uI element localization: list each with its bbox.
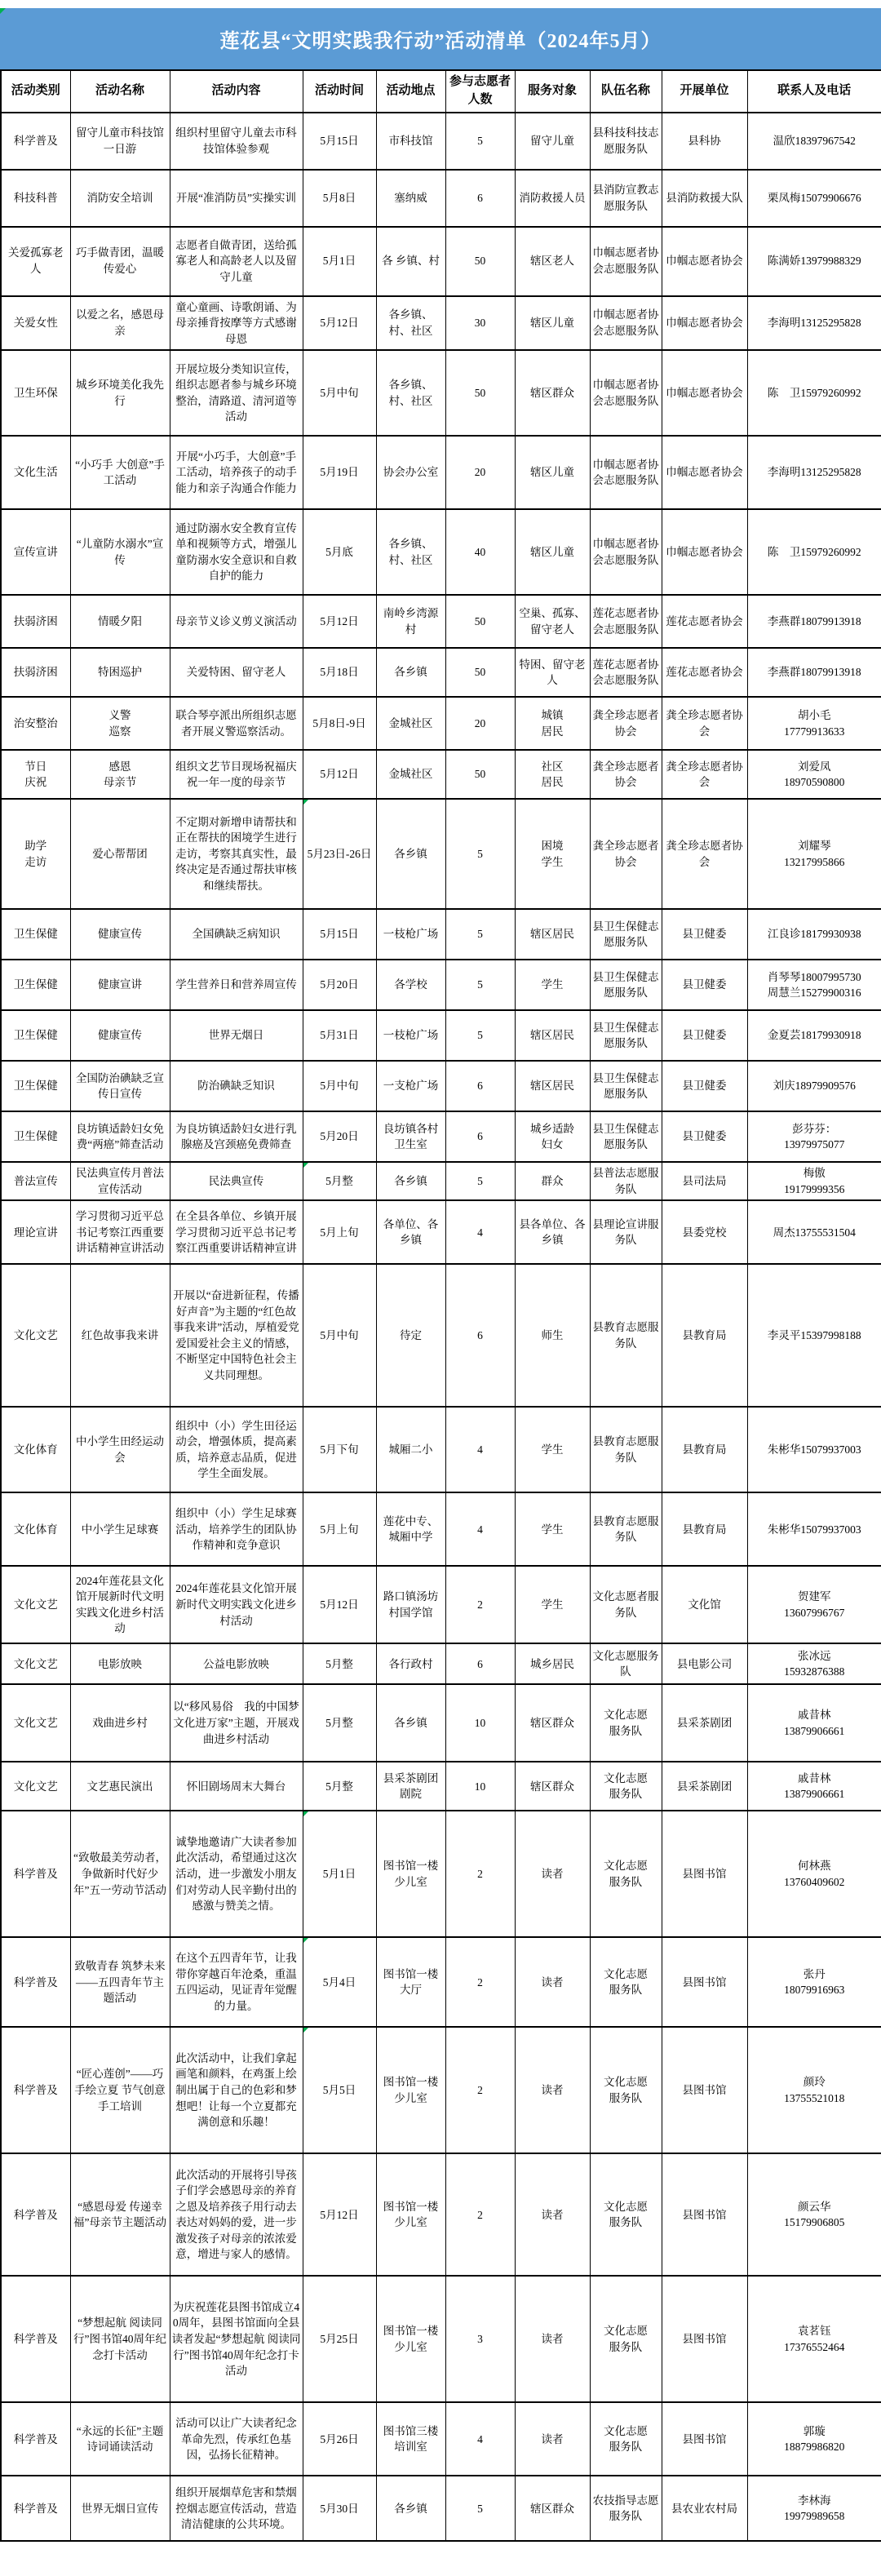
table-cell[interactable]: 组织文艺节目现场祝福庆祝一年一度的母亲节 <box>170 750 303 799</box>
table-cell[interactable]: 城厢二小 <box>376 1407 445 1492</box>
table-cell[interactable]: 朱彬华15079937003 <box>747 1492 881 1566</box>
table-cell[interactable]: 科学普及 <box>1 1811 70 1937</box>
table-cell[interactable]: 文化志愿者服务队 <box>590 1566 662 1643</box>
table-cell[interactable]: 文化馆 <box>662 1566 747 1643</box>
table-cell[interactable]: 5月12日 <box>303 595 376 648</box>
table-cell[interactable]: 文化志愿服务队 <box>590 1643 662 1684</box>
table-cell[interactable]: 卫生环保 <box>1 350 70 436</box>
table-cell[interactable]: 辖区群众 <box>515 1762 590 1811</box>
table-cell[interactable]: 世界无烟日宣传 <box>70 2476 170 2541</box>
table-cell[interactable]: 县理论宣讲服务队 <box>590 1200 662 1264</box>
table-cell[interactable]: 金城社区 <box>376 697 445 750</box>
table-cell[interactable]: 文化志愿 服务队 <box>590 1762 662 1811</box>
table-cell[interactable]: 5 <box>445 909 515 960</box>
table-cell[interactable]: 普法宣传 <box>1 1162 70 1200</box>
table-cell[interactable]: 此次活动的开展将引导孩子们学会感恩母亲的养育之恩及培养孩子用行动去表达对妈妈的爱… <box>170 2153 303 2276</box>
table-cell[interactable]: 助学 走访 <box>1 799 70 909</box>
table-cell[interactable]: 5月20日 <box>303 1111 376 1162</box>
table-cell[interactable]: 5 <box>445 1010 515 1061</box>
table-cell[interactable]: 5月12日 <box>303 296 376 351</box>
table-cell[interactable]: 全国碘缺乏病知识 <box>170 909 303 960</box>
table-cell[interactable]: 健康宣传 <box>70 1010 170 1061</box>
table-cell[interactable]: 龚全珍志愿者协会 <box>590 697 662 750</box>
table-cell[interactable]: 县科技科技志愿服务队 <box>590 113 662 170</box>
table-cell[interactable]: 5月整 <box>303 1162 376 1200</box>
table-cell[interactable]: 刘耀琴 13217995866 <box>747 799 881 909</box>
table-cell[interactable]: 在这个五四青年节，让我带你穿越百年沧桑，重温五四运动，见证青年觉醒的力量。 <box>170 1937 303 2027</box>
table-cell[interactable]: 5 <box>445 1162 515 1200</box>
table-cell[interactable]: 健康宣讲 <box>70 960 170 1010</box>
table-cell[interactable]: “小巧手 大创意”手工活动 <box>70 436 170 509</box>
table-cell[interactable]: “感恩母爱 传递幸福”母亲节主题活动 <box>70 2153 170 2276</box>
table-cell[interactable]: 龚全珍志愿者协会 <box>662 697 747 750</box>
table-cell[interactable]: 5月26日 <box>303 2402 376 2476</box>
table-cell[interactable]: 县图书馆 <box>662 2402 747 2476</box>
table-cell[interactable]: 县卫健委 <box>662 909 747 960</box>
table-cell[interactable]: 一枝枪广场 <box>376 909 445 960</box>
table-cell[interactable]: 电影放映 <box>70 1643 170 1684</box>
table-cell[interactable]: 6 <box>445 1643 515 1684</box>
table-cell[interactable]: 李林海 19979989658 <box>747 2476 881 2541</box>
table-cell[interactable]: 各乡镇、村、社区 <box>376 296 445 351</box>
table-cell[interactable]: 文化文艺 <box>1 1566 70 1643</box>
table-cell[interactable]: 科学普及 <box>1 2476 70 2541</box>
table-cell[interactable]: 图书馆一楼少儿室 <box>376 1811 445 1937</box>
table-cell[interactable]: 各乡镇 <box>376 1684 445 1762</box>
table-cell[interactable]: 戚昔林 13879906661 <box>747 1684 881 1762</box>
table-cell[interactable]: 6 <box>445 170 515 227</box>
table-cell[interactable]: 周杰13755531504 <box>747 1200 881 1264</box>
table-cell[interactable]: 科学普及 <box>1 2276 70 2402</box>
table-cell[interactable]: 文化体育 <box>1 1407 70 1492</box>
table-cell[interactable]: 中小学生田经运动会 <box>70 1407 170 1492</box>
table-cell[interactable]: 全国防治碘缺乏宣传日宣传 <box>70 1061 170 1111</box>
table-cell[interactable]: 金城社区 <box>376 750 445 799</box>
table-cell[interactable]: 5月31日 <box>303 1010 376 1061</box>
table-cell[interactable]: 县采茶剧团剧院 <box>376 1762 445 1811</box>
table-cell[interactable]: 中小学生足球赛 <box>70 1492 170 1566</box>
table-cell[interactable]: 开展以“奋进新征程，传播好声音”为主题的“红色故事我来讲”活动，厚植爱党爱国爱社… <box>170 1264 303 1407</box>
table-cell[interactable]: 巾帼志愿者协会 <box>662 350 747 436</box>
table-cell[interactable]: 5月1日 <box>303 1811 376 1937</box>
table-cell[interactable]: 辖区群众 <box>515 2476 590 2541</box>
table-cell[interactable]: 4 <box>445 2402 515 2476</box>
table-cell[interactable]: 县教育局 <box>662 1492 747 1566</box>
table-cell[interactable]: 龚全珍志愿者协会 <box>662 750 747 799</box>
table-cell[interactable]: 巾帼志愿者协会 <box>662 227 747 296</box>
table-cell[interactable]: 县图书馆 <box>662 1937 747 2027</box>
table-cell[interactable]: 20 <box>445 436 515 509</box>
table-cell[interactable]: 李燕群18079913918 <box>747 648 881 697</box>
table-cell[interactable]: 县卫健委 <box>662 960 747 1010</box>
table-cell[interactable]: 温欣18397967542 <box>747 113 881 170</box>
table-cell[interactable]: 2 <box>445 2027 515 2153</box>
table-cell[interactable]: 4 <box>445 1492 515 1566</box>
table-cell[interactable]: 一支枪广场 <box>376 1061 445 1111</box>
table-cell[interactable]: 各乡镇 <box>376 2476 445 2541</box>
table-cell[interactable]: 巾帼志愿者协会志愿服务队 <box>590 296 662 351</box>
table-cell[interactable]: 留守儿童 <box>515 113 590 170</box>
table-cell[interactable]: 刘爱凤 18970590800 <box>747 750 881 799</box>
table-cell[interactable]: 路口镇汤坊村国学馆 <box>376 1566 445 1643</box>
table-cell[interactable]: 5月整 <box>303 1762 376 1811</box>
table-cell[interactable]: 县采茶剧团 <box>662 1762 747 1811</box>
table-cell[interactable]: 科学普及 <box>1 2402 70 2476</box>
table-cell[interactable]: 读者 <box>515 1811 590 1937</box>
table-cell[interactable]: 扶弱济困 <box>1 595 70 648</box>
table-cell[interactable]: 5月上旬 <box>303 1200 376 1264</box>
table-cell[interactable]: 以“移风易俗 我的中国梦 文化进万家”主题，开展戏曲进乡村活动 <box>170 1684 303 1762</box>
table-cell[interactable]: 各行政村 <box>376 1643 445 1684</box>
table-cell[interactable]: 龚全珍志愿者协会 <box>590 799 662 909</box>
table-cell[interactable]: 5月下旬 <box>303 1407 376 1492</box>
table-cell[interactable]: 学生 <box>515 1407 590 1492</box>
table-cell[interactable]: 2 <box>445 2153 515 2276</box>
table-cell[interactable]: 怀旧剧场周末大舞台 <box>170 1762 303 1811</box>
table-cell[interactable]: 组织中（小）学生足球赛活动，培养学生的团队协作精神和竞争意识 <box>170 1492 303 1566</box>
table-cell[interactable]: 5月中旬 <box>303 350 376 436</box>
table-cell[interactable]: 扶弱济困 <box>1 648 70 697</box>
table-cell[interactable]: 辖区儿童 <box>515 296 590 351</box>
table-cell[interactable]: 不定期对新增申请帮扶和正在帮扶的困境学生进行走访，考察其真实性，最终决定是否通过… <box>170 799 303 909</box>
table-cell[interactable]: 宣传宣讲 <box>1 509 70 595</box>
table-cell[interactable]: 县农业农村局 <box>662 2476 747 2541</box>
table-cell[interactable]: 开展“小巧手，大创意”手工活动，培养孩子的动手能力和亲子沟通合作能力 <box>170 436 303 509</box>
table-cell[interactable]: 科学普及 <box>1 2153 70 2276</box>
table-cell[interactable]: 民法典宣传 <box>170 1162 303 1200</box>
table-cell[interactable]: 陈 卫15979260992 <box>747 350 881 436</box>
table-cell[interactable]: 读者 <box>515 2027 590 2153</box>
table-cell[interactable]: 40 <box>445 509 515 595</box>
table-cell[interactable]: 科学普及 <box>1 113 70 170</box>
table-cell[interactable]: 李海明13125295828 <box>747 296 881 351</box>
table-cell[interactable]: 县教育局 <box>662 1264 747 1407</box>
table-cell[interactable]: 学生 <box>515 960 590 1010</box>
table-cell[interactable]: 梅傲 19179999356 <box>747 1162 881 1200</box>
table-cell[interactable]: 龚全珍志愿者协会 <box>590 750 662 799</box>
table-cell[interactable]: 县委党校 <box>662 1200 747 1264</box>
table-cell[interactable]: 5月4日 <box>303 1937 376 2027</box>
table-cell[interactable]: 李灵平15397998188 <box>747 1264 881 1407</box>
table-cell[interactable]: 县各单位、各乡镇 <box>515 1200 590 1264</box>
table-cell[interactable]: 5月整 <box>303 1643 376 1684</box>
table-cell[interactable]: 各乡镇 <box>376 799 445 909</box>
table-cell[interactable]: 5 <box>445 2476 515 2541</box>
table-cell[interactable]: 5月15日 <box>303 909 376 960</box>
table-cell[interactable]: 县图书馆 <box>662 1811 747 1937</box>
table-cell[interactable]: 卫生保健 <box>1 909 70 960</box>
table-cell[interactable]: 志愿者自做青团，送给孤寡老人和高龄老人以及留守儿童 <box>170 227 303 296</box>
table-cell[interactable]: 5月中旬 <box>303 1061 376 1111</box>
table-cell[interactable]: “匠心莲创”——巧手绘立夏 节气创意手工培训 <box>70 2027 170 2153</box>
table-cell[interactable]: 在全县各单位、乡镇开展学习贯彻习近平总书记考察江西重要讲话精神宣讲 <box>170 1200 303 1264</box>
table-cell[interactable]: 感恩 母亲节 <box>70 750 170 799</box>
table-cell[interactable]: 50 <box>445 750 515 799</box>
table-cell[interactable]: 组织开展烟草危害和禁烟控烟志愿宣传活动，营造清洁健康的公共环境。 <box>170 2476 303 2541</box>
table-cell[interactable]: 各单位、各乡镇 <box>376 1200 445 1264</box>
table-cell[interactable]: 辖区群众 <box>515 350 590 436</box>
table-cell[interactable]: 世界无烟日 <box>170 1010 303 1061</box>
table-cell[interactable]: 治安整治 <box>1 697 70 750</box>
table-cell[interactable]: 一枝枪广场 <box>376 1010 445 1061</box>
table-cell[interactable]: 戏曲进乡村 <box>70 1684 170 1762</box>
table-cell[interactable]: 卫生保健 <box>1 1061 70 1111</box>
table-cell[interactable]: 县普法志愿服务队 <box>590 1162 662 1200</box>
table-cell[interactable]: 县电影公司 <box>662 1643 747 1684</box>
table-cell[interactable]: 联合琴亭派出所组织志愿者开展义警巡察活动。 <box>170 697 303 750</box>
table-cell[interactable]: 文化志愿 服务队 <box>590 1937 662 2027</box>
table-cell[interactable]: 公益电影放映 <box>170 1643 303 1684</box>
table-cell[interactable]: 县卫生保健志愿服务队 <box>590 1061 662 1111</box>
table-cell[interactable]: 城乡环境美化我先行 <box>70 350 170 436</box>
table-cell[interactable]: 师生 <box>515 1264 590 1407</box>
table-cell[interactable]: 2 <box>445 1566 515 1643</box>
table-cell[interactable]: 读者 <box>515 1937 590 2027</box>
table-cell[interactable]: 卫生保健 <box>1 960 70 1010</box>
table-cell[interactable]: 科学普及 <box>1 1937 70 2027</box>
table-cell[interactable]: 各乡镇 <box>376 648 445 697</box>
table-cell[interactable]: 5月12日 <box>303 2153 376 2276</box>
table-cell[interactable]: 图书馆三楼培训室 <box>376 2402 445 2476</box>
table-cell[interactable]: 5 <box>445 960 515 1010</box>
table-cell[interactable]: 辖区居民 <box>515 1061 590 1111</box>
table-cell[interactable]: 活动可以让广大读者纪念革命先烈，传承红色基因，弘扬长征精神。 <box>170 2402 303 2476</box>
table-cell[interactable]: 彭芬芬： 13979975077 <box>747 1111 881 1162</box>
table-cell[interactable]: 胡小毛 17779913633 <box>747 697 881 750</box>
table-cell[interactable]: 5月8日-9日 <box>303 697 376 750</box>
table-cell[interactable]: 莲花志愿者协会志愿服务队 <box>590 648 662 697</box>
table-cell[interactable]: 5月12日 <box>303 750 376 799</box>
table-cell[interactable]: 县科协 <box>662 113 747 170</box>
table-cell[interactable]: 学生营养日和营养周宣传 <box>170 960 303 1010</box>
table-cell[interactable]: 戚昔林 13879906661 <box>747 1762 881 1811</box>
table-cell[interactable]: 特困、留守老人 <box>515 648 590 697</box>
table-cell[interactable]: 学生 <box>515 1492 590 1566</box>
table-cell[interactable]: 读者 <box>515 2402 590 2476</box>
table-cell[interactable]: 文化志愿 服务队 <box>590 1684 662 1762</box>
table-cell[interactable]: 县卫生保健志愿服务队 <box>590 960 662 1010</box>
table-cell[interactable]: 读者 <box>515 2276 590 2402</box>
table-cell[interactable]: 辖区居民 <box>515 909 590 960</box>
table-cell[interactable]: 各乡镇、村、社区 <box>376 509 445 595</box>
table-cell[interactable]: 特困巡护 <box>70 648 170 697</box>
table-cell[interactable]: 50 <box>445 227 515 296</box>
table-cell[interactable]: 县教育局 <box>662 1407 747 1492</box>
table-cell[interactable]: 辖区儿童 <box>515 509 590 595</box>
table-cell[interactable]: 南岭乡湾源村 <box>376 595 445 648</box>
table-cell[interactable]: 龚全珍志愿者协会 <box>662 799 747 909</box>
table-cell[interactable]: 义警 巡察 <box>70 697 170 750</box>
table-cell[interactable]: 城乡适龄 妇女 <box>515 1111 590 1162</box>
table-cell[interactable]: 2 <box>445 1937 515 2027</box>
table-cell[interactable]: 文艺惠民演出 <box>70 1762 170 1811</box>
table-cell[interactable]: 2024年莲花县文化馆开展新时代文明实践文化进乡村活动 <box>170 1566 303 1643</box>
table-cell[interactable]: 文化体育 <box>1 1492 70 1566</box>
table-cell[interactable]: 消防安全培训 <box>70 170 170 227</box>
table-cell[interactable]: 组织村里留守儿童去市科技馆体验参观 <box>170 113 303 170</box>
table-cell[interactable]: 图书馆一楼大厅 <box>376 1937 445 2027</box>
table-cell[interactable]: 通过防溺水安全教育宣传单和视频等方式，增强儿童防溺水安全意识和自救自护的能力 <box>170 509 303 595</box>
table-cell[interactable]: 辖区老人 <box>515 227 590 296</box>
table-cell[interactable]: 6 <box>445 1061 515 1111</box>
table-cell[interactable]: 文化文艺 <box>1 1643 70 1684</box>
table-cell[interactable]: 县教育志愿服务队 <box>590 1492 662 1566</box>
table-cell[interactable]: 文化生活 <box>1 436 70 509</box>
table-cell[interactable]: 社区 居民 <box>515 750 590 799</box>
table-cell[interactable]: 5月底 <box>303 509 376 595</box>
table-cell[interactable]: 困境 学生 <box>515 799 590 909</box>
table-cell[interactable]: 江良诊18179930938 <box>747 909 881 960</box>
table-cell[interactable]: 关爱特困、留守老人 <box>170 648 303 697</box>
table-cell[interactable]: 刘庆18979909576 <box>747 1061 881 1111</box>
table-cell[interactable]: 县采茶剧团 <box>662 1684 747 1762</box>
table-cell[interactable]: 文化志愿 服务队 <box>590 1811 662 1937</box>
table-cell[interactable]: 此次活动中，让我们拿起画笔和颜料，在鸡蛋上绘制出属于自己的色彩和梦想吧！让每一个… <box>170 2027 303 2153</box>
table-cell[interactable]: 关爱孤寡老人 <box>1 227 70 296</box>
table-cell[interactable]: 县教育志愿服务队 <box>590 1407 662 1492</box>
table-cell[interactable]: 5月30日 <box>303 2476 376 2541</box>
table-cell[interactable]: 读者 <box>515 2153 590 2276</box>
table-cell[interactable]: 防治碘缺乏知识 <box>170 1061 303 1111</box>
table-cell[interactable]: 文化志愿 服务队 <box>590 2402 662 2476</box>
table-cell[interactable]: 巾帼志愿者协会 <box>662 509 747 595</box>
table-cell[interactable]: 辖区居民 <box>515 1010 590 1061</box>
table-cell[interactable]: 县消防宣教志愿服务队 <box>590 170 662 227</box>
table-cell[interactable]: 5 <box>445 113 515 170</box>
table-cell[interactable]: 情暖夕阳 <box>70 595 170 648</box>
table-cell[interactable]: 5月整 <box>303 1684 376 1762</box>
table-cell[interactable]: 30 <box>445 296 515 351</box>
table-cell[interactable]: 卫生保健 <box>1 1010 70 1061</box>
table-cell[interactable]: 郭璇 18879986820 <box>747 2402 881 2476</box>
table-cell[interactable]: 4 <box>445 1407 515 1492</box>
table-cell[interactable]: 科学普及 <box>1 2027 70 2153</box>
table-cell[interactable]: “梦想起航 阅读同行”图书馆40周年纪念打卡活动 <box>70 2276 170 2402</box>
table-cell[interactable]: 爱心帮帮团 <box>70 799 170 909</box>
table-cell[interactable]: 民法典宣传月普法宣传活动 <box>70 1162 170 1200</box>
table-cell[interactable]: 文化志愿 服务队 <box>590 2276 662 2402</box>
table-cell[interactable]: 群众 <box>515 1162 590 1200</box>
table-cell[interactable]: 开展垃圾分类知识宣传，组织志愿者参与城乡环境整治，清路道、清河道等活动 <box>170 350 303 436</box>
table-cell[interactable]: 辖区儿童 <box>515 436 590 509</box>
table-cell[interactable]: 市科技馆 <box>376 113 445 170</box>
table-cell[interactable]: 学生 <box>515 1566 590 1643</box>
table-cell[interactable]: 图书馆一楼少儿室 <box>376 2153 445 2276</box>
table-cell[interactable]: 农技指导志愿服务队 <box>590 2476 662 2541</box>
table-cell[interactable]: 组织中（小）学生田径运动会，增强体质，提高素质，培养意志品质，促进学生全面发展。 <box>170 1407 303 1492</box>
table-cell[interactable]: 县卫健委 <box>662 1010 747 1061</box>
table-cell[interactable]: 学习贯彻习近平总书记考察江西重要讲话精神宣讲活动 <box>70 1200 170 1264</box>
table-cell[interactable]: 莲花志愿者协会 <box>662 648 747 697</box>
table-cell[interactable]: 为良坊镇适龄妇女进行乳腺癌及宫颈癌免费筛查 <box>170 1111 303 1162</box>
table-cell[interactable]: “儿童防水溺水”宣传 <box>70 509 170 595</box>
table-cell[interactable]: 陈满娇13979988329 <box>747 227 881 296</box>
table-cell[interactable]: 良坊镇适龄妇女免费“两癌”筛查活动 <box>70 1111 170 1162</box>
table-cell[interactable]: 童心童画、诗歌朗诵、为母亲捶背按摩等方式感谢母恩 <box>170 296 303 351</box>
table-cell[interactable]: 何林燕 13760409602 <box>747 1811 881 1937</box>
table-cell[interactable]: 5月18日 <box>303 648 376 697</box>
table-cell[interactable]: 5月中旬 <box>303 1264 376 1407</box>
table-cell[interactable]: 良坊镇各村卫生室 <box>376 1111 445 1162</box>
table-cell[interactable]: 城乡居民 <box>515 1643 590 1684</box>
table-cell[interactable]: 巾帼志愿者协会志愿服务队 <box>590 227 662 296</box>
table-cell[interactable]: 待定 <box>376 1264 445 1407</box>
table-cell[interactable]: 栗凤梅15079906676 <box>747 170 881 227</box>
table-cell[interactable]: 县卫健委 <box>662 1111 747 1162</box>
table-cell[interactable]: 3 <box>445 2276 515 2402</box>
table-cell[interactable]: 颜云华 15179906805 <box>747 2153 881 2276</box>
table-cell[interactable]: 巾帼志愿者协会志愿服务队 <box>590 350 662 436</box>
table-cell[interactable]: 县图书馆 <box>662 2153 747 2276</box>
table-cell[interactable]: 开展“准消防员”实操实训 <box>170 170 303 227</box>
table-cell[interactable]: 各乡镇 <box>376 1162 445 1200</box>
table-cell[interactable]: 各 乡镇、村 <box>376 227 445 296</box>
table-cell[interactable]: 县卫健委 <box>662 1061 747 1111</box>
table-cell[interactable]: “永远的长征”主题诗词诵读活动 <box>70 2402 170 2476</box>
table-cell[interactable]: 5月8日 <box>303 170 376 227</box>
table-cell[interactable]: 文化志愿 服务队 <box>590 2027 662 2153</box>
table-cell[interactable]: 母亲节义诊义剪义演活动 <box>170 595 303 648</box>
table-cell[interactable]: 科技科普 <box>1 170 70 227</box>
table-cell[interactable]: 致敬青春 筑梦未来——五四青年节主题活动 <box>70 1937 170 2027</box>
table-cell[interactable]: “致敬最美劳动者，争做新时代好少年”五一劳动节活动 <box>70 1811 170 1937</box>
table-cell[interactable]: 空巢、孤寡、留守老人 <box>515 595 590 648</box>
table-cell[interactable]: 卫生保健 <box>1 1111 70 1162</box>
table-cell[interactable]: 辖区群众 <box>515 1684 590 1762</box>
table-cell[interactable]: 县图书馆 <box>662 2276 747 2402</box>
table-cell[interactable]: 莲花中专、城厢中学 <box>376 1492 445 1566</box>
table-cell[interactable]: 协会办公室 <box>376 436 445 509</box>
table-cell[interactable]: 文化文艺 <box>1 1264 70 1407</box>
table-cell[interactable]: 5月12日 <box>303 1566 376 1643</box>
table-cell[interactable]: 2 <box>445 1811 515 1937</box>
table-cell[interactable]: 5月19日 <box>303 436 376 509</box>
table-cell[interactable]: 塞纳威 <box>376 170 445 227</box>
table-cell[interactable]: 肖琴琴18007995730 周慧兰15279900316 <box>747 960 881 1010</box>
table-cell[interactable]: 莲花志愿者协会志愿服务队 <box>590 595 662 648</box>
table-cell[interactable]: 2024年莲花县文化馆开展新时代文明实践文化进乡村活动 <box>70 1566 170 1643</box>
table-cell[interactable]: 张冰远 15932876388 <box>747 1643 881 1684</box>
table-cell[interactable]: 县教育志愿服务队 <box>590 1264 662 1407</box>
table-cell[interactable]: 巧手做青团，温暖传爱心 <box>70 227 170 296</box>
table-cell[interactable]: 县卫生保健志愿服务队 <box>590 1111 662 1162</box>
table-cell[interactable]: 6 <box>445 1264 515 1407</box>
table-cell[interactable]: 诚挚地邀请广大读者参加此次活动，希望通过这次活动，进一步激发小朋友们对劳动人民辛… <box>170 1811 303 1937</box>
table-cell[interactable]: 10 <box>445 1684 515 1762</box>
table-cell[interactable]: 文化文艺 <box>1 1762 70 1811</box>
table-cell[interactable]: 各学校 <box>376 960 445 1010</box>
table-cell[interactable]: 50 <box>445 350 515 436</box>
table-cell[interactable]: 巾帼志愿者协会 <box>662 296 747 351</box>
table-cell[interactable]: 10 <box>445 1762 515 1811</box>
table-cell[interactable]: 巾帼志愿者协会志愿服务队 <box>590 509 662 595</box>
table-cell[interactable]: 县卫生保健志愿服务队 <box>590 909 662 960</box>
table-cell[interactable]: 为庆祝莲花县图书馆成立40周年，县图书馆面向全县读者发起“梦想起航 阅读同行”图… <box>170 2276 303 2402</box>
table-cell[interactable]: 张丹 18079916963 <box>747 1937 881 2027</box>
table-cell[interactable]: 50 <box>445 648 515 697</box>
table-cell[interactable]: 贺建军 13607996767 <box>747 1566 881 1643</box>
table-cell[interactable]: 5月1日 <box>303 227 376 296</box>
table-cell[interactable]: 朱彬华15079937003 <box>747 1407 881 1492</box>
table-cell[interactable]: 袁茗钰 17376552464 <box>747 2276 881 2402</box>
table-cell[interactable]: 5月25日 <box>303 2276 376 2402</box>
table-cell[interactable]: 莲花志愿者协会 <box>662 595 747 648</box>
table-cell[interactable]: 县图书馆 <box>662 2027 747 2153</box>
table-cell[interactable]: 县消防救援大队 <box>662 170 747 227</box>
table-cell[interactable]: 5月20日 <box>303 960 376 1010</box>
table-cell[interactable]: 图书馆一楼少儿室 <box>376 2027 445 2153</box>
table-cell[interactable]: 5月23日-26日 <box>303 799 376 909</box>
